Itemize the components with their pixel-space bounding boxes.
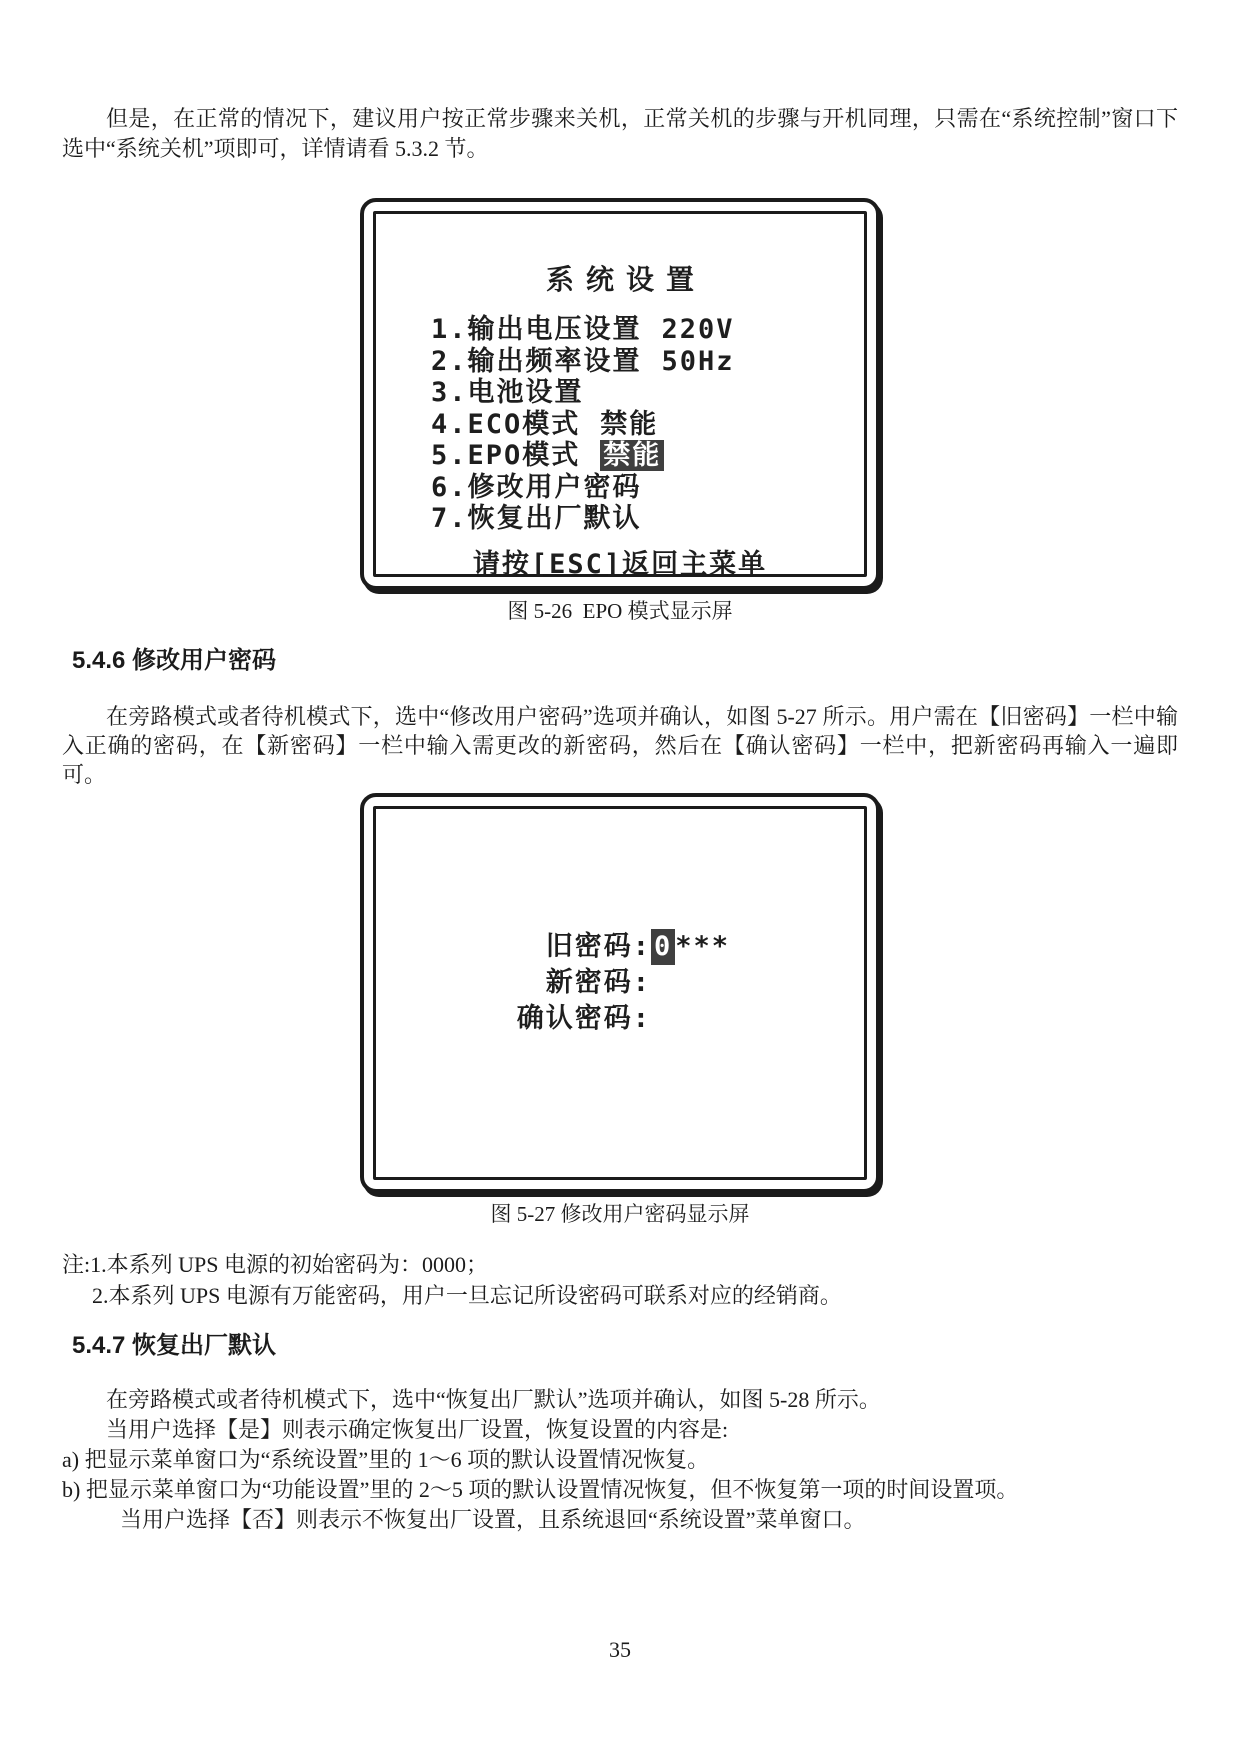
- menu-item-label: 1.输出电压设置: [431, 314, 642, 345]
- new-password-label: 新密码:: [376, 965, 651, 1001]
- section-5-4-7-paragraph-1: 在旁路模式或者待机模式下，选中“恢复出厂默认”选项并确认，如图 5-28 所示。: [62, 1385, 1178, 1415]
- old-password-row: 旧密码:0***: [376, 929, 864, 965]
- figure-5-26-caption: 图 5-26 EPO 模式显示屏: [62, 600, 1178, 622]
- section-5-4-7-paragraph-2: 当用户选择【是】则表示确定恢复出厂设置，恢复设置的内容是:: [62, 1415, 1178, 1445]
- password-mask: ***: [675, 929, 730, 965]
- figure-5-27-caption: 图 5-27 修改用户密码显示屏: [62, 1203, 1178, 1225]
- menu-item-value-highlighted: 禁能: [600, 440, 664, 471]
- password-cursor: 0: [651, 929, 675, 965]
- menu-item-label: 3.电池设置: [431, 377, 584, 408]
- menu-item-factory-default: 7.恢复出厂默认: [431, 503, 864, 535]
- menu-item-label: 5.EPO模式: [431, 440, 580, 471]
- lcd-menu: 1.输出电压设置220V 2.输出频率设置50Hz 3.电池设置 4.ECO模式…: [431, 314, 864, 535]
- menu-item-output-frequency: 2.输出频率设置50Hz: [431, 346, 864, 378]
- menu-item-value: 220V: [662, 314, 735, 345]
- section-5-4-7-heading: 5.4.7 恢复出厂默认: [72, 1333, 1178, 1359]
- lcd-inner-frame: 旧密码:0*** 新密码: 确认密码:: [373, 806, 867, 1180]
- note-line-1: 注:1.本系列 UPS 电源的初始密码为：0000；: [62, 1249, 1178, 1280]
- intro-paragraph: 但是，在正常的情况下，建议用户按正常步骤来关机，正常关机的步骤与开机同理，只需在…: [62, 104, 1178, 164]
- menu-item-value: 禁能: [600, 409, 658, 440]
- section-5-4-7-item-a: a) 把显示菜单窗口为“系统设置”里的 1～6 项的默认设置情况恢复。: [62, 1445, 1178, 1475]
- section-5-4-6-paragraph: 在旁路模式或者待机模式下，选中“修改用户密码”选项并确认，如图 5-27 所示。…: [62, 702, 1178, 789]
- note-text: 1.本系列 UPS 电源的初始密码为：0000；: [90, 1252, 488, 1277]
- menu-item-epo-mode: 5.EPO模式禁能: [431, 440, 864, 472]
- section-5-4-6-heading: 5.4.6 修改用户密码: [72, 648, 1178, 674]
- menu-item-label: 6.修改用户密码: [431, 472, 642, 503]
- confirm-password-label: 确认密码:: [376, 1001, 651, 1037]
- password-fields: 旧密码:0*** 新密码: 确认密码:: [376, 929, 864, 1037]
- page-number: 35: [0, 1638, 1240, 1662]
- document-page: 但是，在正常的情况下，建议用户按正常步骤来关机，正常关机的步骤与开机同理，只需在…: [0, 0, 1240, 1754]
- menu-item-change-password: 6.修改用户密码: [431, 472, 864, 504]
- section-5-4-7-paragraph-3: 当用户选择【否】则表示不恢复出厂设置，且系统退回“系统设置”菜单窗口。: [62, 1505, 1178, 1535]
- lcd-screen-title: 系统设置: [376, 258, 864, 298]
- confirm-password-row: 确认密码:: [376, 1001, 864, 1037]
- menu-item-label: 2.输出频率设置: [431, 346, 642, 377]
- section-5-4-7-item-b: b) 把显示菜单窗口为“功能设置”里的 2～5 项的默认设置情况恢复，但不恢复第…: [62, 1475, 1178, 1505]
- lcd-footer-hint: 请按[ESC]返回主菜单: [376, 542, 864, 581]
- menu-item-output-voltage: 1.输出电压设置220V: [431, 314, 864, 346]
- new-password-row: 新密码:: [376, 965, 864, 1001]
- menu-item-value: 50Hz: [662, 346, 735, 377]
- menu-item-label: 7.恢复出厂默认: [431, 503, 642, 534]
- note-line-2: 2.本系列 UPS 电源有万能密码，用户一旦忘记所设密码可联系对应的经销商。: [62, 1280, 1178, 1311]
- menu-item-battery-setting: 3.电池设置: [431, 377, 864, 409]
- menu-item-label: 4.ECO模式: [431, 409, 580, 440]
- notes-block: 注:1.本系列 UPS 电源的初始密码为：0000； 2.本系列 UPS 电源有…: [62, 1249, 1178, 1311]
- note-prefix: 注:: [62, 1252, 90, 1277]
- lcd-inner-frame: 系统设置 1.输出电压设置220V 2.输出频率设置50Hz 3.电池设置 4.…: [373, 211, 867, 577]
- figure-5-26-screen: 系统设置 1.输出电压设置220V 2.输出频率设置50Hz 3.电池设置 4.…: [360, 198, 880, 590]
- figure-5-27-screen: 旧密码:0*** 新密码: 确认密码:: [360, 793, 880, 1193]
- menu-item-eco-mode: 4.ECO模式禁能: [431, 409, 864, 441]
- old-password-label: 旧密码:: [376, 929, 651, 965]
